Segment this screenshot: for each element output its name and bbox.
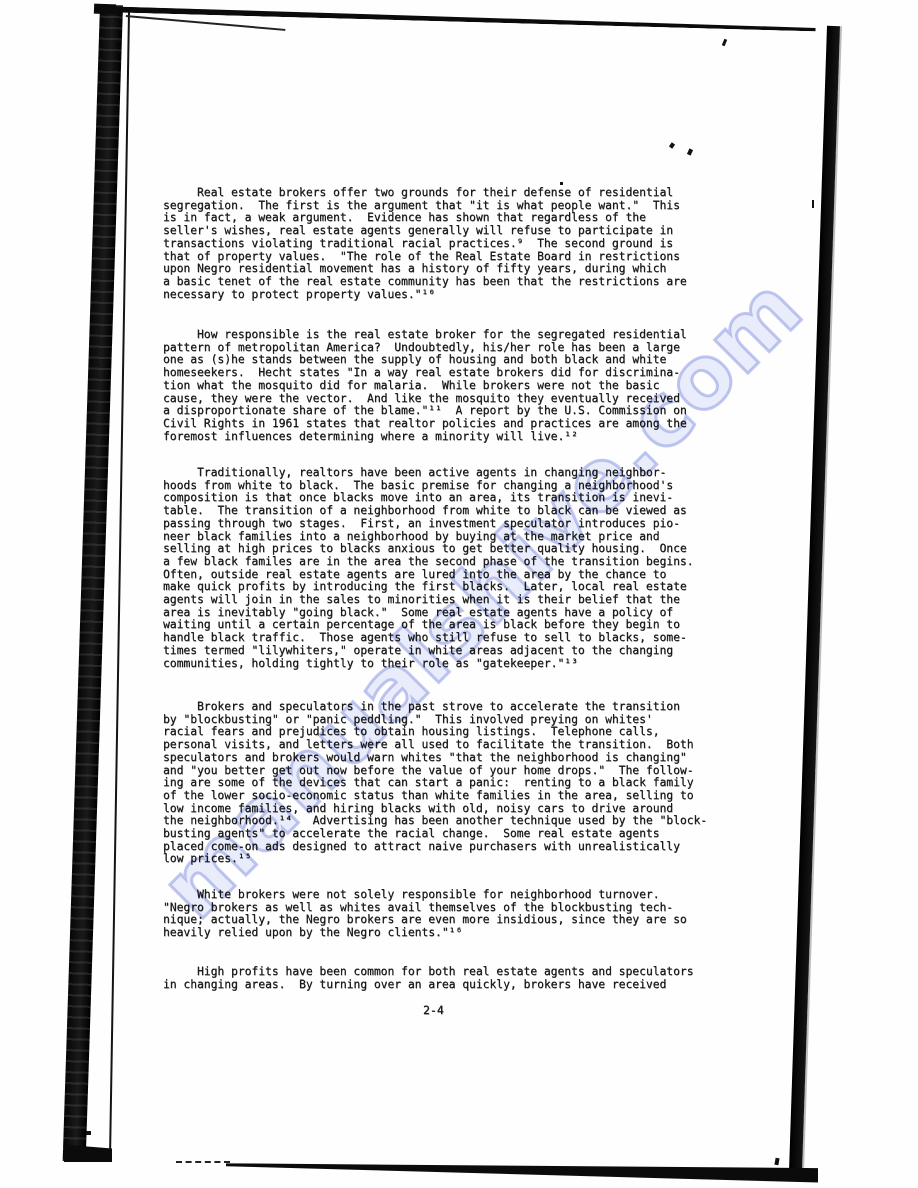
- scan-edge-bottom-dashes: [176, 1161, 230, 1163]
- scan-edge-top-secondary: [126, 15, 286, 31]
- scan-speck: [560, 182, 563, 185]
- scan-speck: [722, 39, 727, 47]
- page-number: 2-4: [423, 1004, 444, 1017]
- paragraph-1: Real estate brokers offer two grounds fo…: [163, 187, 687, 301]
- scan-edge-right: [789, 26, 840, 1178]
- paragraph-6: High profits have been common for both r…: [163, 966, 694, 991]
- scan-speck: [86, 1131, 91, 1135]
- scan-edge-top: [98, 6, 816, 31]
- paragraph-5: White brokers were not solely responsibl…: [163, 889, 687, 940]
- scan-edge-bottom: [226, 1159, 818, 1183]
- paragraph-2: How responsible is the real estate broke…: [163, 329, 687, 443]
- scan-speck: [774, 1158, 779, 1166]
- paragraph-3: Traditionally, realtors have been active…: [163, 467, 694, 670]
- scanned-page: Real estate brokers offer two grounds fo…: [0, 0, 918, 1188]
- scan-speck: [687, 148, 693, 155]
- scan-speck: [812, 200, 814, 208]
- paragraph-4: Brokers and speculators in the past stro…: [163, 701, 707, 866]
- scan-speck: [669, 142, 675, 148]
